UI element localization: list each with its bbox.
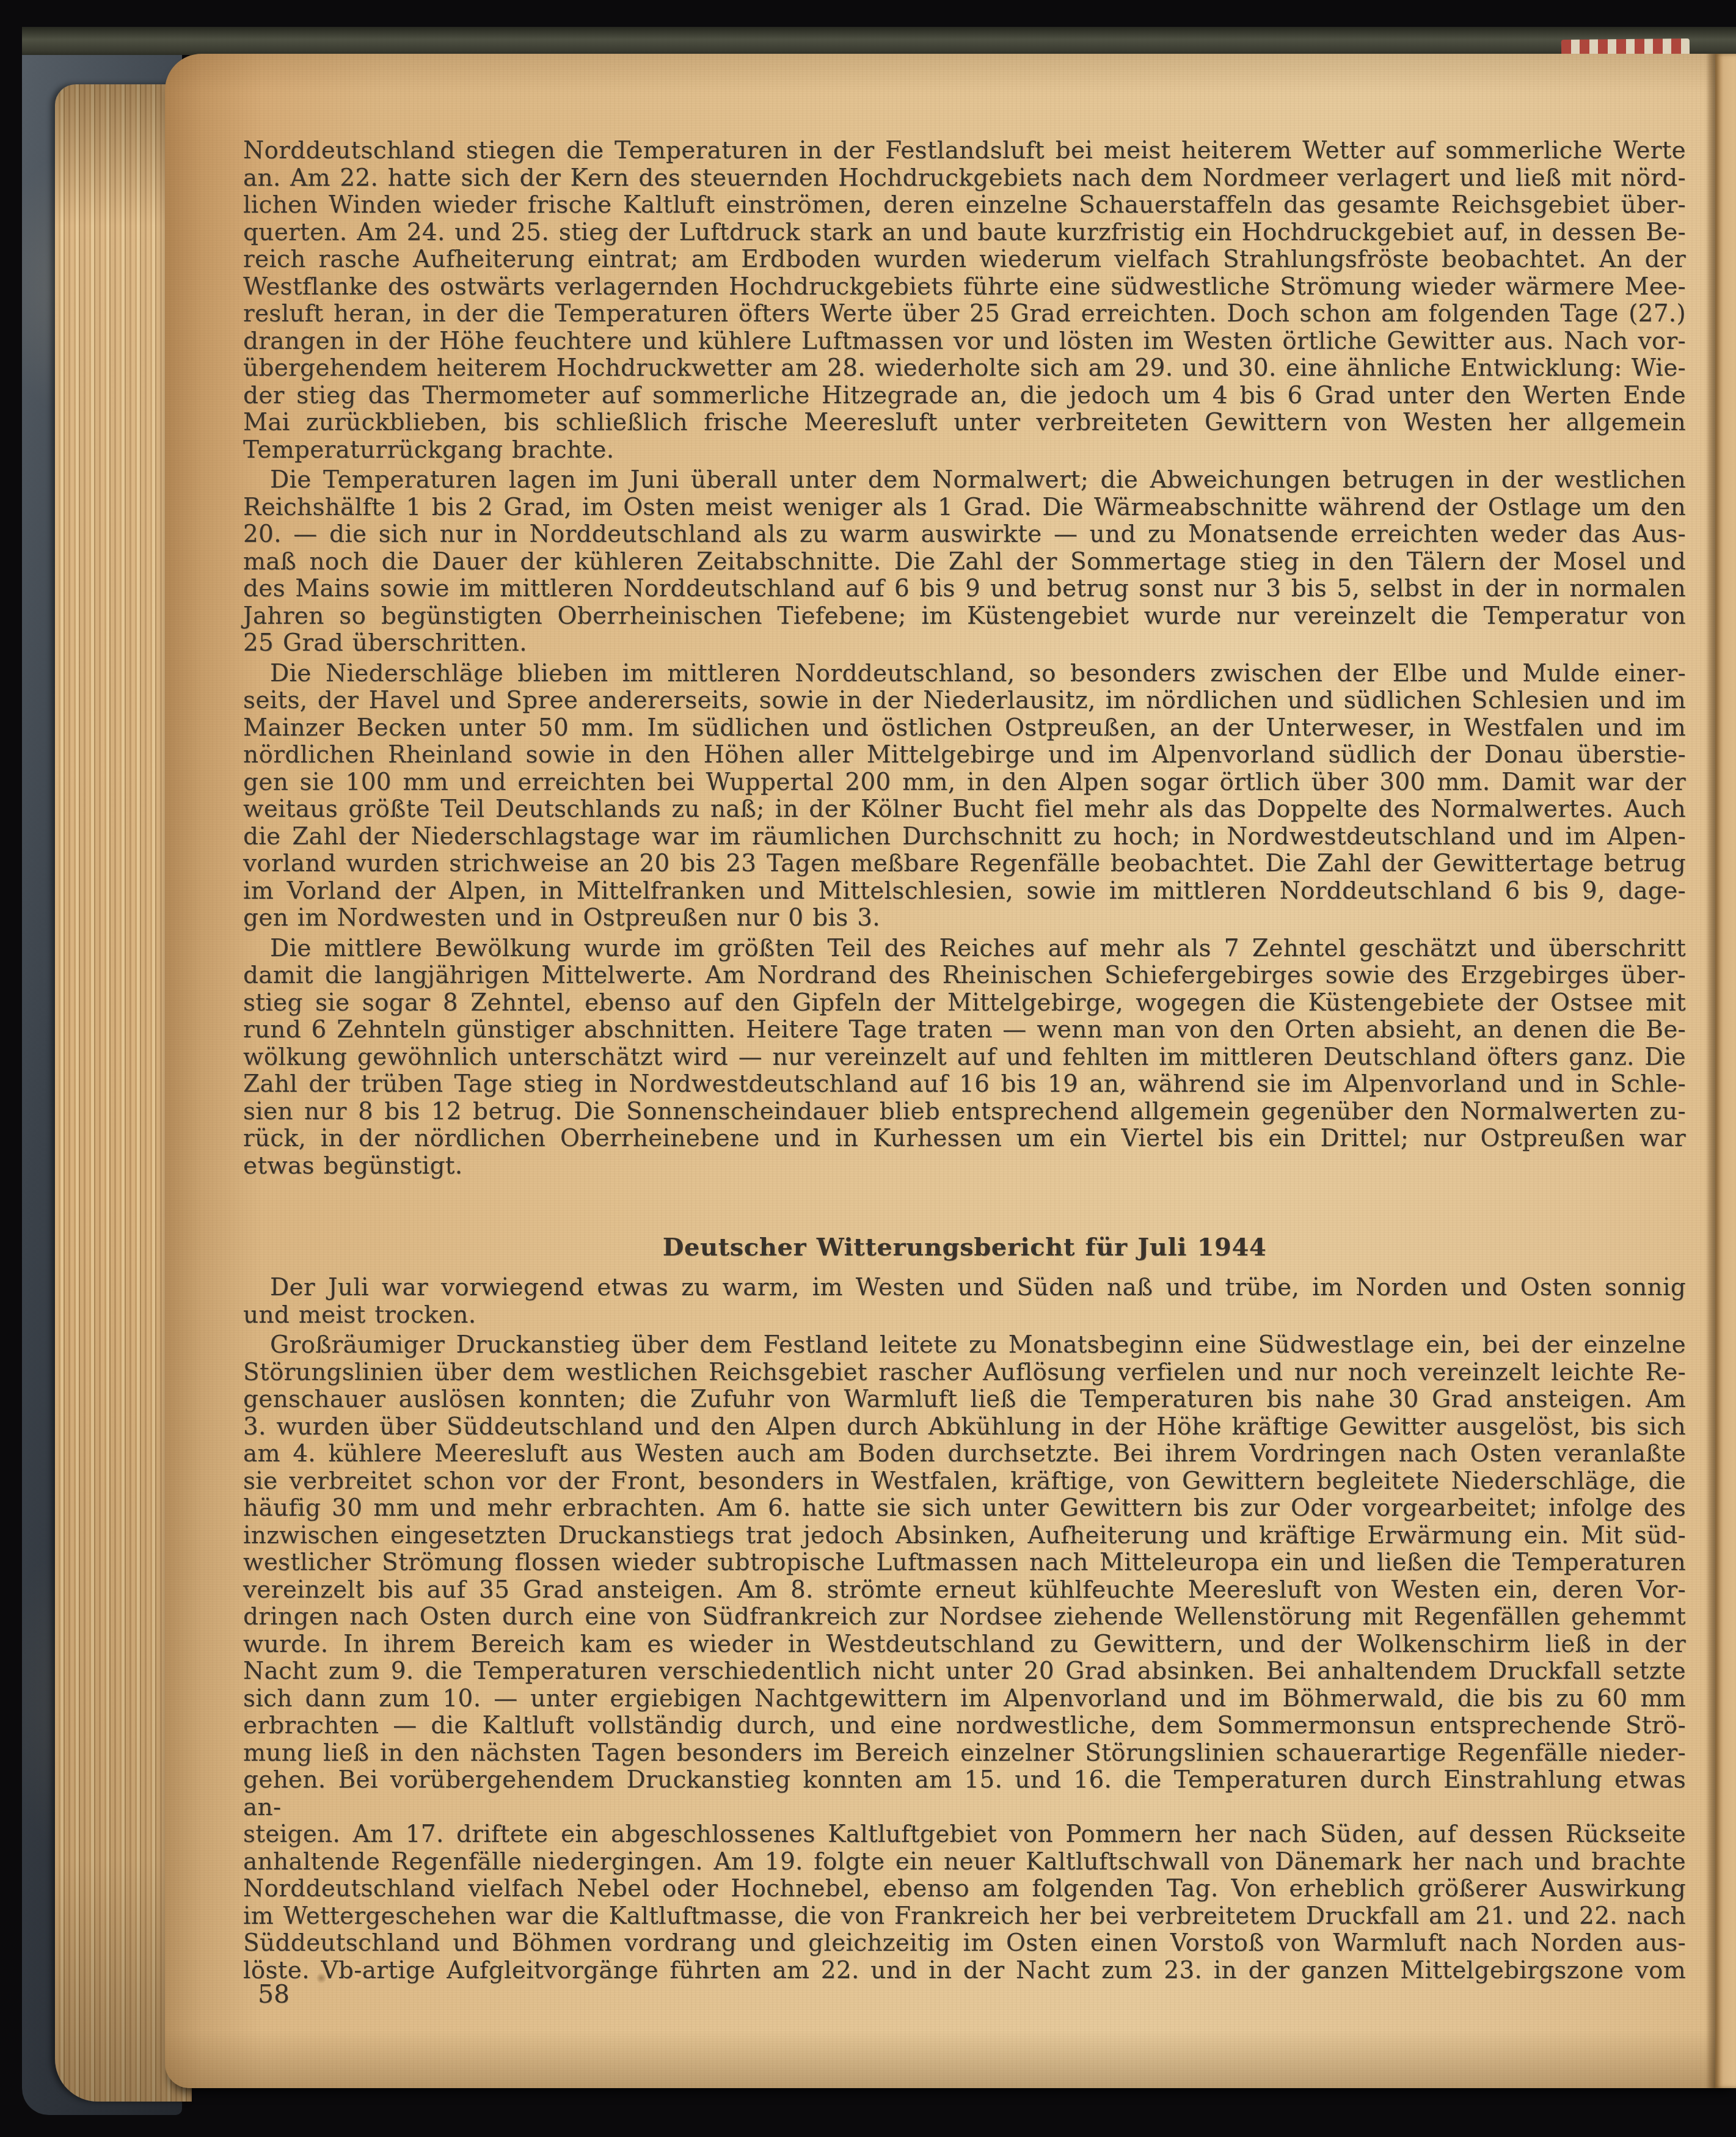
text-line: Jahren so begünstigten Oberrheinischen T…: [243, 603, 1686, 630]
text-line: Die Temperaturen lagen im Juni überall u…: [243, 467, 1686, 494]
paragraph: Die mittlere Bewölkung wurde im größten …: [243, 935, 1686, 1180]
text-line: Mainzer Becken unter 50 mm. Im südlichen…: [243, 715, 1686, 742]
june-report-section: Norddeutschland stiegen die Temperaturen…: [243, 137, 1686, 1180]
text-line: Die Niederschläge blieben im mittleren N…: [243, 660, 1686, 688]
text-line: seits, der Havel und Spree andererseits,…: [243, 687, 1686, 715]
text-line: querten. Am 24. und 25. stieg der Luftdr…: [243, 219, 1686, 247]
text-line: Die mittlere Bewölkung wurde im größten …: [243, 935, 1686, 963]
book-top-edge: [22, 27, 1736, 55]
paragraph: Der Juli war vorwiegend etwas zu warm, i…: [243, 1274, 1686, 1329]
text-line: Norddeutschland stiegen die Temperaturen…: [243, 137, 1686, 165]
text-line: westlicher Strömung flossen wieder subtr…: [243, 1549, 1686, 1577]
text-line: Nacht zum 9. die Temperaturen verschiede…: [243, 1658, 1686, 1686]
text-line: an. Am 22. hatte sich der Kern des steue…: [243, 165, 1686, 192]
text-block: Norddeutschland stiegen die Temperaturen…: [243, 137, 1686, 1987]
text-line: rund 6 Zehnteln günstiger abschnitten. H…: [243, 1017, 1686, 1044]
text-line: nördlichen Rheinland sowie in den Höhen …: [243, 742, 1686, 769]
text-line: Der Juli war vorwiegend etwas zu warm, i…: [243, 1274, 1686, 1302]
text-line: sie verbreitet schon vor der Front, beso…: [243, 1468, 1686, 1496]
right-page-sliver: [1715, 54, 1736, 2088]
text-line: weitaus größte Teil Deutschlands zu naß;…: [243, 796, 1686, 824]
paragraph: Die Niederschläge blieben im mittleren N…: [243, 660, 1686, 932]
text-line: inzwischen eingesetzten Druckanstiegs tr…: [243, 1522, 1686, 1550]
text-line: wurde. In ihrem Bereich kam es wieder in…: [243, 1631, 1686, 1659]
text-line: im Vorland der Alpen, in Mittelfranken u…: [243, 878, 1686, 905]
text-line: Zahl der trüben Tage stieg in Nordwestde…: [243, 1071, 1686, 1098]
text-line: der stieg das Thermometer auf sommerlich…: [243, 382, 1686, 410]
text-line: Großräumiger Druckanstieg über dem Festl…: [243, 1332, 1686, 1359]
text-line: Temperaturrückgang brachte.: [243, 437, 1686, 464]
scanned-book-page: Norddeutschland stiegen die Temperaturen…: [0, 0, 1736, 2137]
text-line: rück, in der nördlichen Oberrheinebene u…: [243, 1125, 1686, 1153]
text-line: gehen. Bei vorübergehendem Druckanstieg …: [243, 1767, 1686, 1821]
text-line: gen sie 100 mm und erreichten bei Wupper…: [243, 769, 1686, 797]
paragraph: Die Temperaturen lagen im Juni überall u…: [243, 467, 1686, 657]
text-line: die Zahl der Niederschlagstage war im rä…: [243, 824, 1686, 851]
text-line: genschauer auslösen konnten; die Zufuhr …: [243, 1386, 1686, 1414]
section-heading: Deutscher Witterungsbericht für Juli 194…: [243, 1233, 1686, 1261]
text-line: reich rasche Aufheiterung eintrat; am Er…: [243, 246, 1686, 274]
text-line: im Wettergeschehen war die Kaltluftmasse…: [243, 1903, 1686, 1931]
text-line: anhaltende Regenfälle niedergingen. Am 1…: [243, 1849, 1686, 1876]
text-line: vereinzelt bis auf 35 Grad ansteigen. Am…: [243, 1577, 1686, 1604]
paragraph: Großräumiger Druckanstieg über dem Festl…: [243, 1332, 1686, 1984]
text-line: sien nur 8 bis 12 betrug. Die Sonnensche…: [243, 1098, 1686, 1126]
text-line: 20. — die sich nur in Norddeutschland al…: [243, 521, 1686, 549]
text-line: vorland wurden strichweise an 20 bis 23 …: [243, 850, 1686, 878]
text-line: maß noch die Dauer der kühleren Zeitabsc…: [243, 549, 1686, 576]
paragraph: Norddeutschland stiegen die Temperaturen…: [243, 137, 1686, 464]
text-line: resluft heran, in der die Temperaturen ö…: [243, 301, 1686, 328]
text-line: Störungslinien über dem westlichen Reich…: [243, 1359, 1686, 1387]
text-line: dringen nach Osten durch eine von Südfra…: [243, 1604, 1686, 1631]
text-line: des Mains sowie im mittleren Norddeutsch…: [243, 575, 1686, 603]
text-line: gen im Nordwesten und in Ostpreußen nur …: [243, 905, 1686, 932]
text-line: und meist trocken.: [243, 1302, 1686, 1329]
text-line: Mai zurückblieben, bis schließlich frisc…: [243, 409, 1686, 437]
text-line: damit die langjährigen Mittelwerte. Am N…: [243, 962, 1686, 990]
text-line: Norddeutschland vielfach Nebel oder Hoch…: [243, 1876, 1686, 1903]
text-line: Westflanke des ostwärts verlagernden Hoc…: [243, 274, 1686, 301]
text-line: drangen in der Höhe feuchtere und kühler…: [243, 328, 1686, 356]
gutter-crease: [1705, 54, 1715, 2088]
text-line: steigen. Am 17. driftete ein abgeschloss…: [243, 1821, 1686, 1849]
text-line: Reichshälfte 1 bis 2 Grad, im Osten meis…: [243, 494, 1686, 522]
text-line: Süddeutschland und Böhmen vordrang und g…: [243, 1930, 1686, 1957]
text-line: mung ließ in den nächsten Tagen besonder…: [243, 1740, 1686, 1767]
text-line: wölkung gewöhnlich unterschätzt wird — n…: [243, 1044, 1686, 1072]
text-line: etwas begünstigt.: [243, 1153, 1686, 1180]
text-line: am 4. kühlere Meeresluft aus Westen auch…: [243, 1441, 1686, 1468]
text-line: lichen Winden wieder frische Kaltluft ei…: [243, 192, 1686, 219]
text-line: erbrachten — die Kaltluft vollständig du…: [243, 1712, 1686, 1740]
text-line: übergehendem heiterem Hochdruckwetter am…: [243, 355, 1686, 382]
text-line: 25 Grad überschritten.: [243, 630, 1686, 657]
page-number: 58: [258, 1979, 290, 2009]
text-line: sich dann zum 10. — unter ergiebigen Nac…: [243, 1686, 1686, 1713]
july-report-section: Der Juli war vorwiegend etwas zu warm, i…: [243, 1274, 1686, 1984]
text-line: 3. wurden über Süddeutschland und den Al…: [243, 1414, 1686, 1441]
text-line: häufig 30 mm und mehr erbrachten. Am 6. …: [243, 1495, 1686, 1522]
book-page: Norddeutschland stiegen die Temperaturen…: [165, 54, 1736, 2088]
text-line: löste. Vb-artige Aufgleitvorgänge führte…: [243, 1957, 1686, 1985]
text-line: stieg sie sogar 8 Zehntel, ebenso auf de…: [243, 990, 1686, 1017]
